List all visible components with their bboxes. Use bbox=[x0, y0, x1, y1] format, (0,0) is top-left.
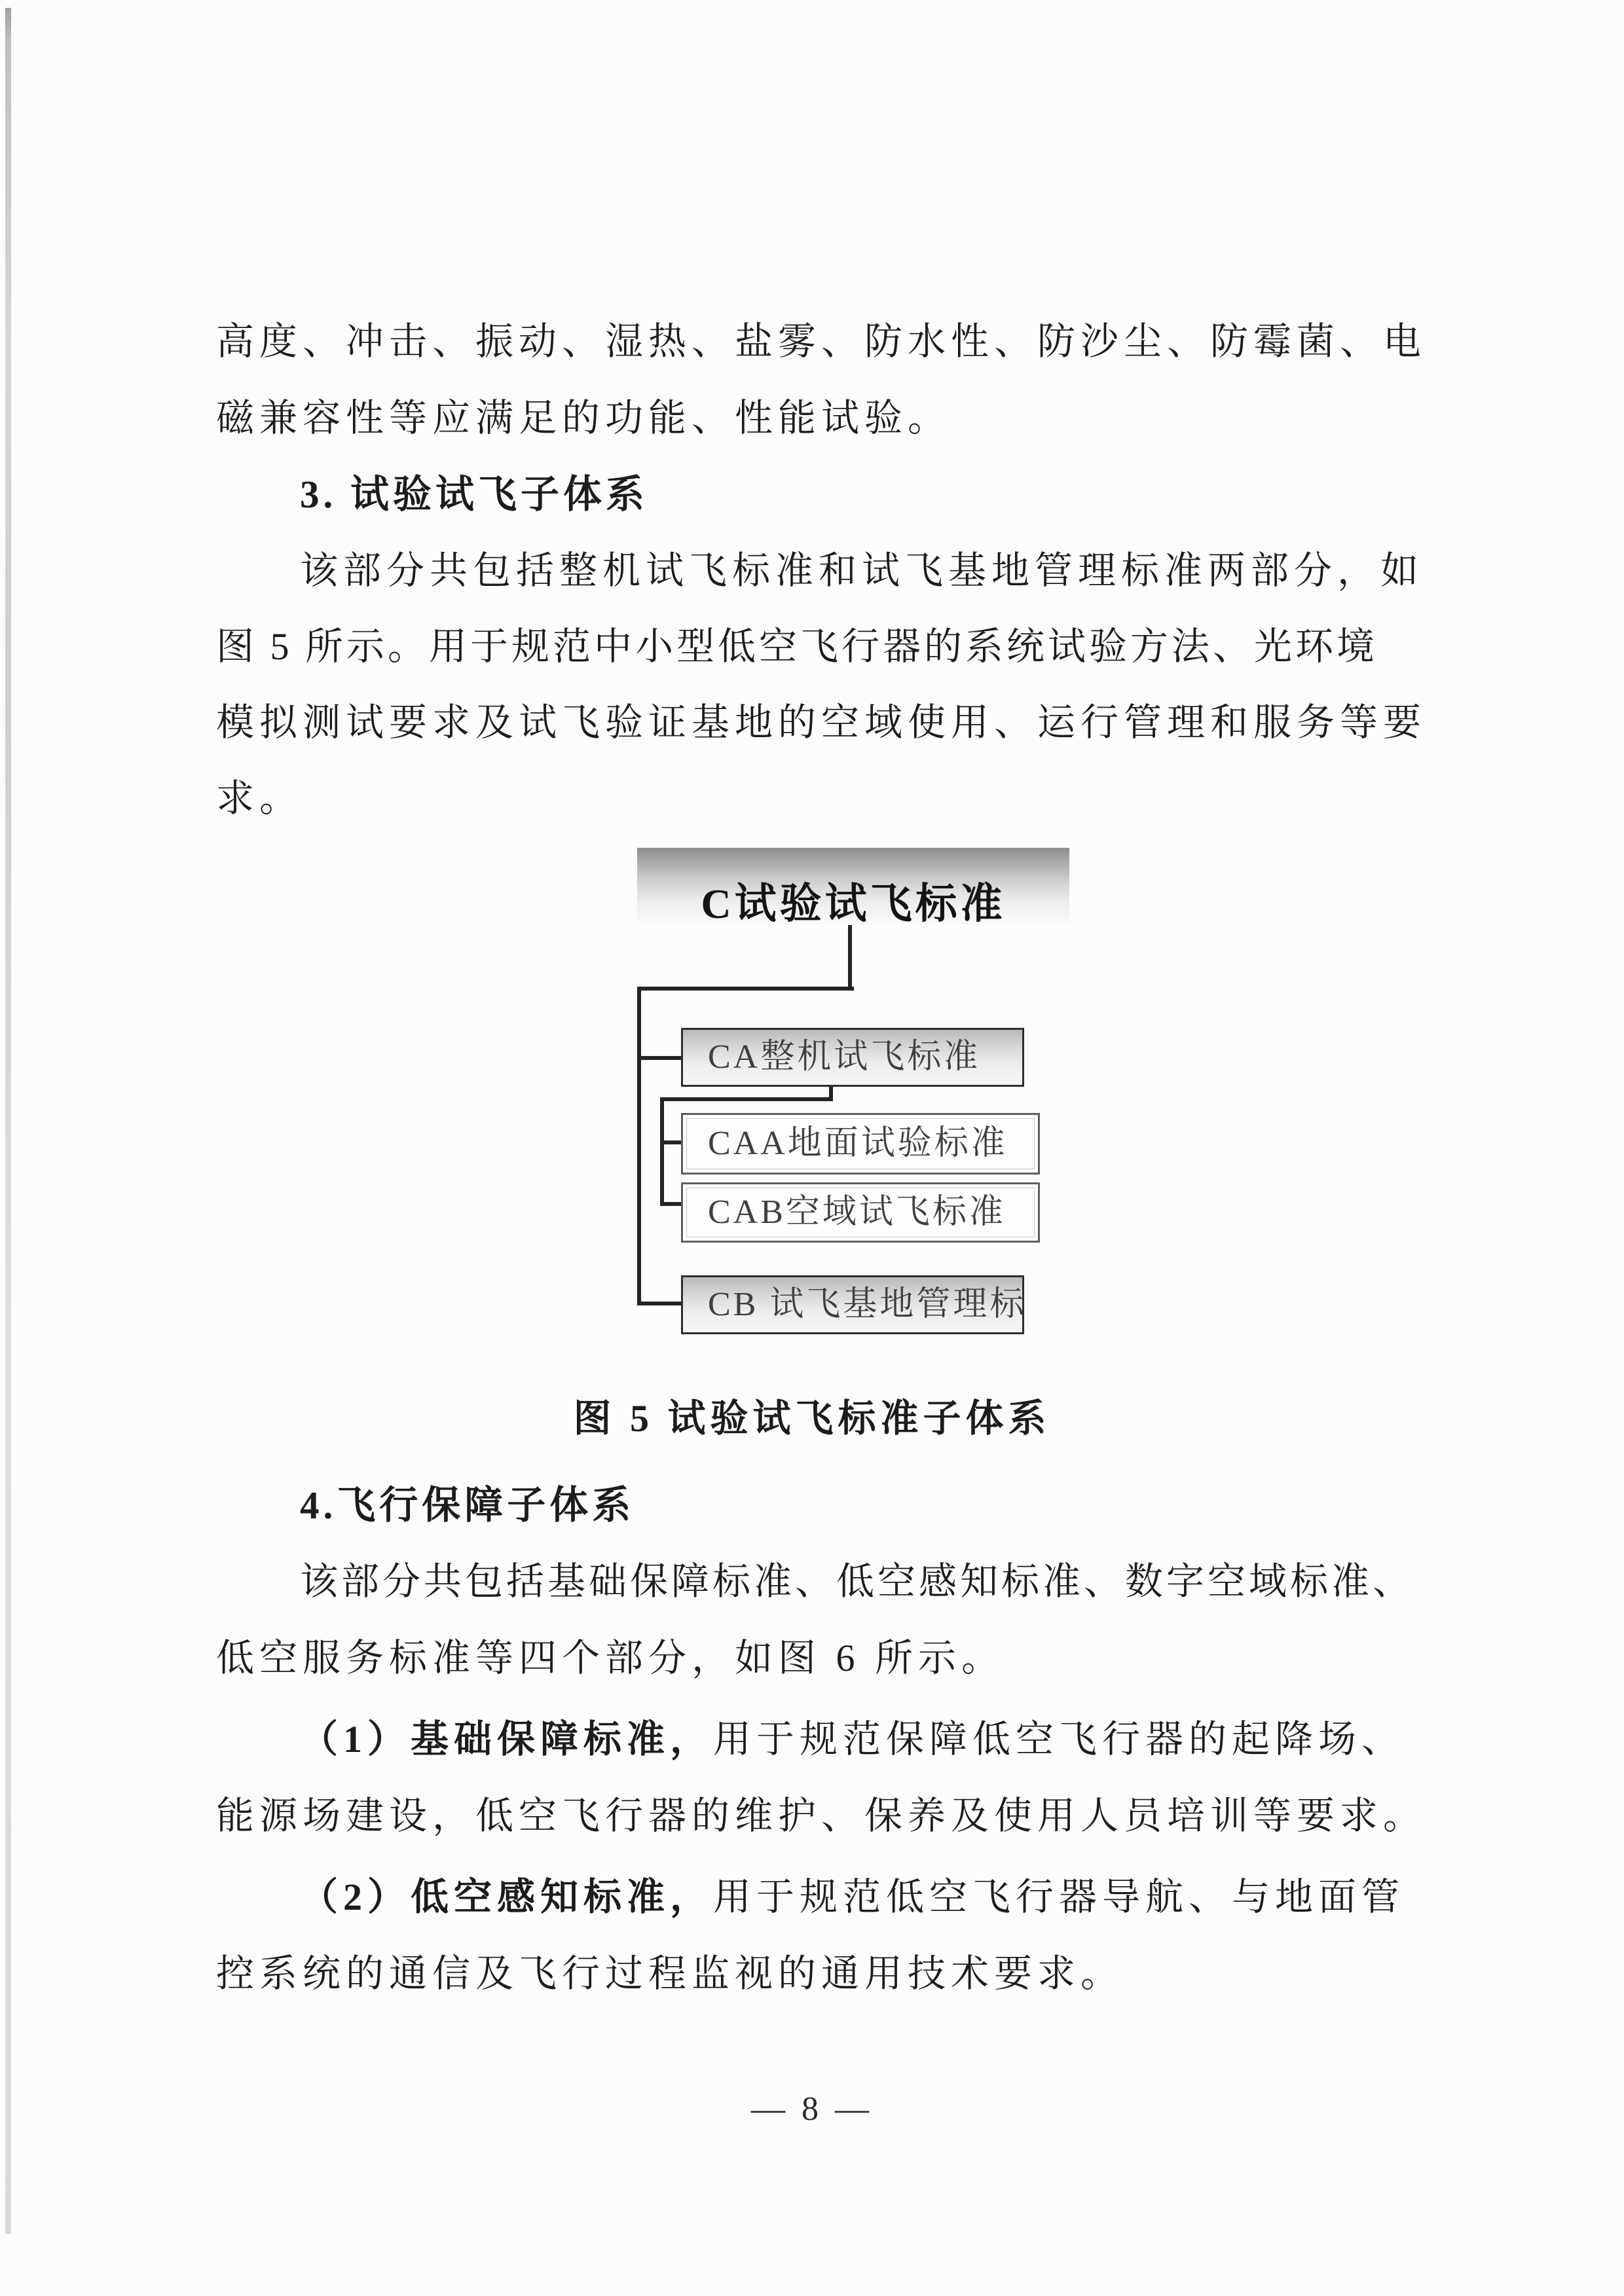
body-text-line: 高度、冲击、振动、湿热、盐雾、防水性、防沙尘、防霉菌、电 bbox=[216, 310, 1426, 365]
figure5-node-ca: CA整机试飞标准 bbox=[681, 1028, 1024, 1087]
figure5-diagram: C试验试飞标准 CA整机试飞标准 CAA地面试验标准 CAB空域试飞标准 CB … bbox=[637, 848, 1069, 1345]
body-text-line: （1）基础保障标准，用于规范保障低空飞行器的起降场、 bbox=[300, 1708, 1405, 1763]
document-page: { "colors": { "text": "#1c1c1c", "connec… bbox=[0, 0, 1624, 2296]
connector-line bbox=[664, 1140, 681, 1144]
item2-lead-bold: （2）低空感知标准， bbox=[300, 1876, 713, 1918]
connector-line bbox=[641, 1302, 681, 1305]
figure5-node-cb: CB 试飞基地管理标准 bbox=[681, 1275, 1024, 1334]
figure5-root-box: C试验试飞标准 bbox=[637, 848, 1069, 925]
body-text-line: 该部分共包括整机试飞标准和试飞基地管理标准两部分，如 bbox=[300, 539, 1424, 594]
connector-line bbox=[848, 925, 852, 988]
item1-lead-bold: （1）基础保障标准， bbox=[300, 1718, 713, 1760]
scan-artifact-line bbox=[5, 8, 11, 2234]
connector-line bbox=[664, 1202, 681, 1206]
connector-line bbox=[660, 1097, 833, 1101]
connector-line bbox=[637, 987, 854, 991]
body-text-line: 控系统的通信及飞行过程监视的通用技术要求。 bbox=[216, 1942, 1124, 1997]
section-heading-4: 4.飞行保障子体系 bbox=[300, 1474, 635, 1529]
figure5-node-caa: CAA地面试验标准 bbox=[681, 1113, 1040, 1175]
item1-rest: 用于规范保障低空飞行器的起降场、 bbox=[713, 1718, 1405, 1760]
figure5-node-cab: CAB空域试飞标准 bbox=[681, 1182, 1040, 1243]
figure5-caption: 图 5 试验试飞标准子体系 bbox=[0, 1387, 1624, 1442]
body-text-line: 能源场建设，低空飞行器的维护、保养及使用人员培训等要求。 bbox=[216, 1785, 1426, 1840]
connector-line bbox=[660, 1097, 664, 1206]
body-text-line: 图 5 所示。用于规范中小型低空飞行器的系统试验方法、光环境 bbox=[216, 615, 1378, 670]
body-text-line: 磁兼容性等应满足的功能、性能试验。 bbox=[216, 387, 951, 442]
body-text-line: 模拟测试要求及试飞验证基地的空域使用、运行管理和服务等要 bbox=[216, 691, 1426, 746]
figure5-root-label: C试验试飞标准 bbox=[701, 870, 1005, 930]
connector-line bbox=[641, 1056, 681, 1060]
section-heading-3: 3. 试验试飞子体系 bbox=[300, 463, 648, 519]
page-number: — 8 — bbox=[0, 2090, 1624, 2128]
body-text-line: 低空服务标准等四个部分，如图 6 所示。 bbox=[216, 1627, 1005, 1682]
body-text-line: （2）低空感知标准，用于规范低空飞行器导航、与地面管 bbox=[300, 1866, 1405, 1921]
item2-rest: 用于规范低空飞行器导航、与地面管 bbox=[713, 1876, 1405, 1918]
body-text-line: 该部分共包括基础保障标准、低空感知标准、数字空域标准、 bbox=[300, 1550, 1414, 1605]
connector-line bbox=[637, 987, 641, 1305]
body-text-line: 求。 bbox=[216, 767, 303, 822]
